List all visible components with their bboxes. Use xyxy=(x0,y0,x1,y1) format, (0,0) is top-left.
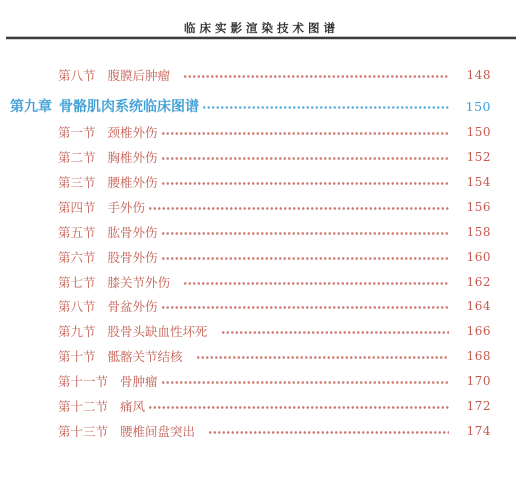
toc-row-title: 骶髂关节结核 xyxy=(108,347,183,365)
document-page: 临床实影渲染技术图谱 第八节 腹膜后肿瘤 148 第九章 骨骼肌肉系统临床图谱 … xyxy=(0,0,523,487)
toc-dot-leader xyxy=(161,120,449,145)
toc-page-number: 156 xyxy=(461,200,491,214)
toc-row: 第八节 腹膜后肿瘤 148 xyxy=(0,63,523,88)
toc-row-label: 第八节 xyxy=(58,66,96,84)
toc-row: 第二节 胸椎外伤 152 xyxy=(0,145,523,170)
toc-row-label: 第六节 xyxy=(58,248,96,266)
toc-row: 第十节 骶髂关节结核 168 xyxy=(0,344,523,369)
header-rule xyxy=(6,37,516,39)
toc-row-label: 第八节 xyxy=(58,297,96,315)
toc-dot-leader xyxy=(221,319,449,344)
toc-dot-leader xyxy=(161,219,449,244)
toc-row-title: 股骨外伤 xyxy=(108,248,158,266)
toc-page-number: 168 xyxy=(461,349,491,363)
toc-page-number: 174 xyxy=(461,424,491,438)
toc-dot-leader xyxy=(161,145,449,170)
toc-list: 第八节 腹膜后肿瘤 148 第九章 骨骼肌肉系统临床图谱 150 第一节 颈椎外… xyxy=(0,63,523,443)
toc-dot-leader xyxy=(161,170,449,195)
toc-row: 第十二节 痛风 172 xyxy=(0,394,523,419)
toc-row-label: 第十二节 xyxy=(58,397,108,415)
toc-row: 第六节 股骨外伤 160 xyxy=(0,244,523,269)
toc-row-label: 第二节 xyxy=(58,148,96,166)
toc-row-title: 腹膜后肿瘤 xyxy=(108,66,171,84)
toc-dot-leader xyxy=(161,369,449,394)
toc-page-number: 152 xyxy=(461,150,491,164)
toc-row-label: 第七节 xyxy=(58,273,96,291)
toc-page-number: 158 xyxy=(461,225,491,239)
toc-row: 第八节 骨盆外伤 164 xyxy=(0,294,523,319)
toc-row-title: 肱骨外伤 xyxy=(108,223,158,241)
toc-dot-leader xyxy=(208,418,449,443)
toc-row-title: 腰椎间盘突出 xyxy=(120,422,195,440)
toc-row: 第十三节 腰椎间盘突出 174 xyxy=(0,418,523,443)
toc-row: 第五节 肱骨外伤 158 xyxy=(0,219,523,244)
toc-row: 第四节 手外伤 156 xyxy=(0,194,523,219)
toc-row-title: 腰椎外伤 xyxy=(108,173,158,191)
toc-row-title: 胸椎外伤 xyxy=(108,148,158,166)
toc-page-number: 162 xyxy=(461,275,491,289)
toc-row: 第十一节 骨肿瘤 170 xyxy=(0,369,523,394)
toc-row: 第七节 膝关节外伤 162 xyxy=(0,269,523,294)
toc-row-title: 痛风 xyxy=(120,397,145,415)
toc-page-number: 150 xyxy=(461,99,491,114)
toc-page-number: 164 xyxy=(461,299,491,313)
toc-row-label: 第一节 xyxy=(58,123,96,141)
toc-row: 第九章 骨骼肌肉系统临床图谱 150 xyxy=(0,94,523,119)
toc-row-title: 骨盆外伤 xyxy=(108,297,158,315)
toc-dot-leader xyxy=(202,94,449,119)
running-header-title: 临床实影渲染技术图谱 xyxy=(0,20,523,36)
toc-dot-leader xyxy=(161,294,449,319)
toc-page-number: 148 xyxy=(461,68,491,82)
toc-row-label: 第五节 xyxy=(58,223,96,241)
toc-row-title: 骨骼肌肉系统临床图谱 xyxy=(59,96,199,116)
toc-page-number: 170 xyxy=(461,374,491,388)
toc-row-label: 第十三节 xyxy=(58,422,108,440)
toc-page-number: 172 xyxy=(461,399,491,413)
toc-row-title: 骨肿瘤 xyxy=(120,372,158,390)
toc-row-label: 第十节 xyxy=(58,347,96,365)
toc-row-label: 第四节 xyxy=(58,198,96,216)
toc-page-number: 154 xyxy=(461,175,491,189)
toc-row-title: 手外伤 xyxy=(108,198,146,216)
toc-row: 第一节 颈椎外伤 150 xyxy=(0,120,523,145)
toc-page-number: 160 xyxy=(461,250,491,264)
toc-row: 第三节 腰椎外伤 154 xyxy=(0,170,523,195)
toc-row-label: 第九节 xyxy=(58,322,96,340)
toc-dot-leader xyxy=(148,194,449,219)
toc-dot-leader xyxy=(196,344,449,369)
toc-row-label: 第十一节 xyxy=(58,372,108,390)
toc-page-number: 166 xyxy=(461,324,491,338)
toc-dot-leader xyxy=(183,269,449,294)
toc-row-title: 股骨头缺血性坏死 xyxy=(108,322,208,340)
toc-row-label: 第九章 xyxy=(10,96,52,116)
toc-row-title: 膝关节外伤 xyxy=(108,273,171,291)
toc-row: 第九节 股骨头缺血性坏死 166 xyxy=(0,319,523,344)
toc-row-title: 颈椎外伤 xyxy=(108,123,158,141)
toc-dot-leader xyxy=(148,394,449,419)
toc-row-label: 第三节 xyxy=(58,173,96,191)
toc-dot-leader xyxy=(161,244,449,269)
toc-page-number: 150 xyxy=(461,125,491,139)
toc-dot-leader xyxy=(183,63,449,88)
